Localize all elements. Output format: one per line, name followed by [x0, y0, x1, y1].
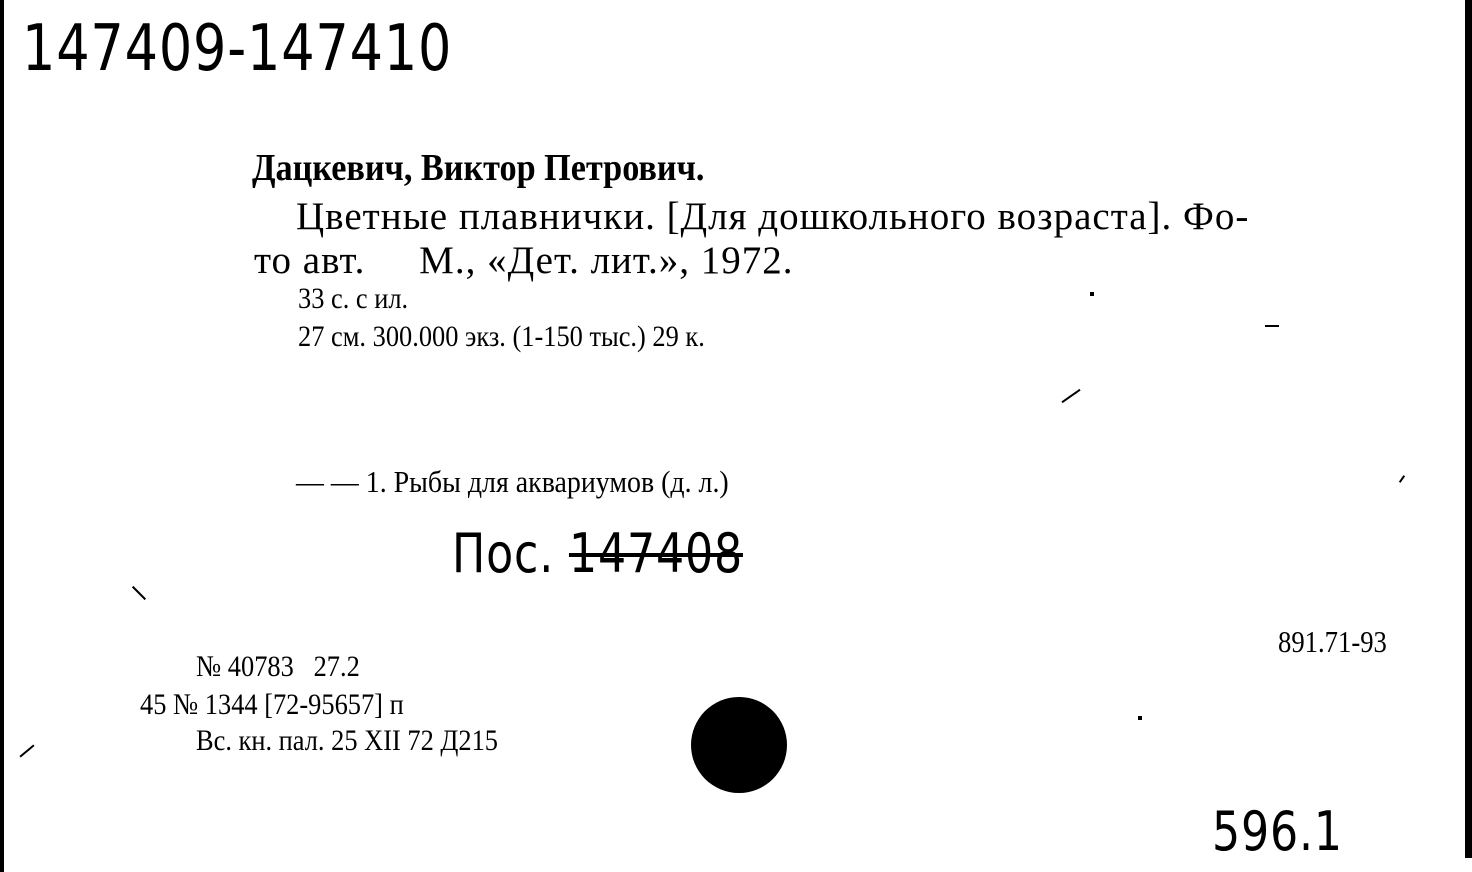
title-line-1: Цветные плавнички. [Для дошкольного возр…: [296, 194, 1249, 239]
scan-speck: [1138, 716, 1142, 720]
scan-speck: [1090, 292, 1094, 296]
handwritten-inventory-range: 147409-147410: [22, 12, 452, 86]
registry-line-3: Вс. кн. пал. 25 XII 72 Д215: [196, 724, 498, 758]
card-right-edge: [1465, 0, 1472, 858]
registry-line-1: № 40783 27.2: [196, 650, 360, 684]
pages-info: 33 с. с ил.: [298, 282, 408, 316]
scan-speck: [19, 744, 34, 757]
scan-speck: [1061, 389, 1080, 403]
scan-speck: [1265, 325, 1279, 327]
punch-hole-icon: [691, 697, 787, 793]
extent-info: 27 см. 300.000 экз. (1-150 тыс.) 29 к.: [298, 320, 705, 354]
position-label: Пос.: [452, 522, 554, 585]
handwritten-shelf-mark: 596.1: [1212, 800, 1343, 863]
title-line-2: то авт. М., «Дет. лит.», 1972.: [254, 238, 794, 283]
subject-tracing: — — 1. Рыбы для аквариумов (д. л.): [296, 464, 729, 500]
struck-position-number: 147408: [569, 522, 743, 585]
card-left-edge: [0, 0, 4, 872]
handwritten-position-note: Пос. 147408: [452, 522, 743, 585]
scan-speck: [1399, 475, 1405, 483]
scan-speck: [132, 586, 146, 600]
author-heading: Дацкевич, Виктор Петрович.: [252, 146, 704, 190]
classification-code: 891.71-93: [1278, 624, 1387, 660]
registry-line-2: 45 № 1344 [72-95657] п: [140, 688, 404, 722]
